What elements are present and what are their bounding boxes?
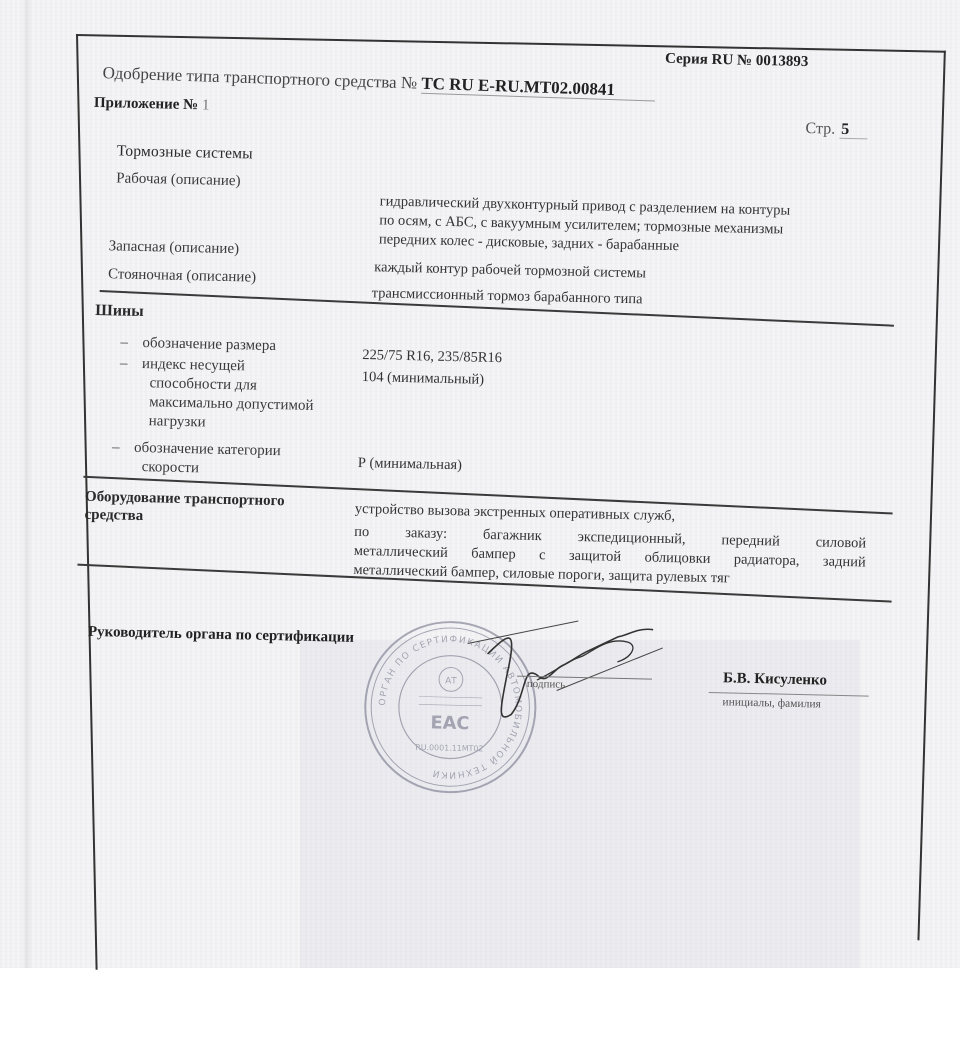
series-number: Серия RU № 0013893 bbox=[665, 51, 809, 71]
brakes-service-label: Рабочая (описание) bbox=[116, 170, 241, 190]
tires-section-title: Шины bbox=[95, 302, 144, 321]
svg-text:ЕАС: ЕАС bbox=[430, 712, 469, 734]
page-number: 5 bbox=[839, 121, 867, 140]
brakes-parking-label: Стояночная (описание) bbox=[108, 266, 256, 286]
tire-load-label: –индекс несущей способности для максимал… bbox=[119, 355, 315, 435]
tire-size-label-row: –обозначение размера bbox=[120, 335, 276, 356]
document-page: Серия RU № 0013893 Одобрение типа трансп… bbox=[0, 0, 960, 987]
brakes-service-value: гидравлический двухконтурный привод с ра… bbox=[379, 192, 791, 258]
bullet-dash: – bbox=[120, 355, 142, 374]
svg-text:RU.0001.11МТ02: RU.0001.11МТ02 bbox=[415, 743, 483, 754]
svg-text:АТ: АТ bbox=[445, 676, 457, 686]
certification-head-title: Руководитель органа по сертификации bbox=[88, 624, 354, 647]
tire-speed-label: –обозначение категории скорости bbox=[111, 438, 281, 480]
bullet-dash: – bbox=[112, 438, 134, 457]
tire-speed-value: Р (минимальная) bbox=[358, 454, 463, 475]
tire-size-label: обозначение размера bbox=[142, 335, 276, 354]
name-caption: инициалы, фамилия bbox=[722, 696, 821, 710]
approval-label: Одобрение типа транспортного средства № bbox=[102, 63, 417, 92]
equipment-value: устройство вызова экстренных оперативных… bbox=[353, 500, 867, 592]
page-number-block: Стр. 5 bbox=[805, 120, 867, 139]
appendix-header: Приложение № 1 bbox=[94, 95, 210, 115]
signature-icon bbox=[466, 613, 679, 738]
brakes-reserve-value: каждый контур рабочей тормозной системы bbox=[374, 258, 646, 283]
brakes-reserve-label: Запасная (описание) bbox=[108, 238, 239, 258]
approval-header: Одобрение типа транспортного средства № … bbox=[102, 63, 655, 101]
approval-number: ТС RU E-RU.МТ02.00841 bbox=[421, 74, 655, 102]
equipment-label: Оборудование транспортного средства bbox=[84, 488, 284, 529]
tire-load-value: 104 (минимальный) bbox=[362, 368, 485, 390]
appendix-label: Приложение № bbox=[94, 95, 199, 113]
signature-caption: подпись bbox=[527, 678, 566, 691]
signatory-name: Б.В. Кисуленко bbox=[723, 670, 827, 689]
tire-size-value: 225/75 R16, 235/85R16 bbox=[362, 346, 502, 368]
appendix-number: 1 bbox=[202, 97, 210, 113]
bullet-dash: – bbox=[120, 335, 142, 352]
page-label: Стр. bbox=[805, 120, 835, 138]
brakes-section-title: Тормозные системы bbox=[117, 142, 253, 163]
